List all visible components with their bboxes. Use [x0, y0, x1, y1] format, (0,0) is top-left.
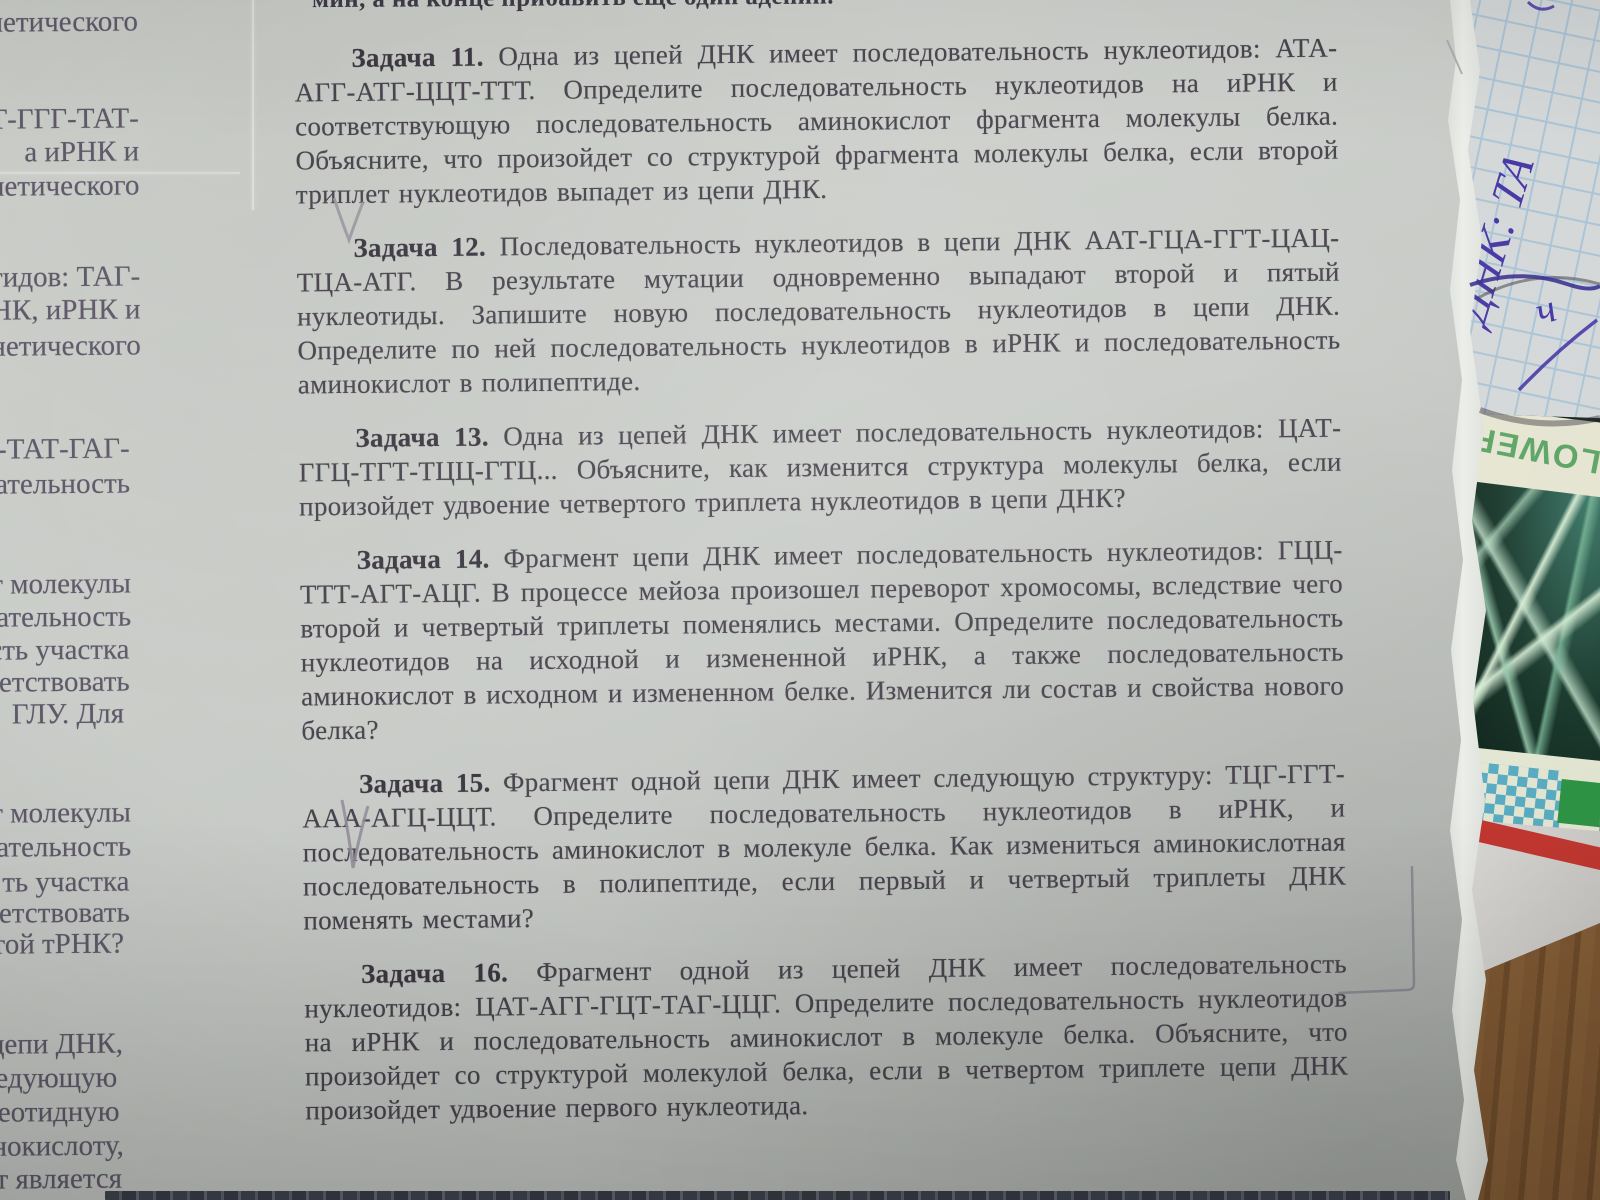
task-13-label: Задача 13.	[355, 421, 489, 452]
task-15-label: Задача 15.	[359, 767, 491, 798]
left-column-line: ательность	[0, 830, 131, 864]
task-14-label: Задача 14.	[357, 543, 490, 574]
task-16-label: Задача 16.	[361, 957, 508, 989]
task-12-label: Задача 12.	[353, 231, 486, 262]
left-column-line: вательность	[0, 467, 130, 501]
left-column-line: т молекулы	[0, 796, 131, 830]
left-column-line: ветствовать	[0, 897, 130, 931]
left-column-line: а иРНК и	[24, 135, 139, 169]
task-paragraph-13: Задача 13. Одна из цепей ДНК имеет после…	[298, 411, 1342, 524]
left-column-line: А-ТАТ-ГАГ-	[0, 432, 130, 466]
task-paragraph-15: Задача 15. Фрагмент одной цепи ДНК имеет…	[302, 757, 1347, 938]
left-column-line: сть участка	[0, 633, 130, 667]
green-block	[1557, 779, 1600, 828]
top-cutoff-line: мин, а на конце прибавить еще один адени…	[312, 0, 1212, 14]
left-column-line: тидов: ТАГ-	[0, 260, 140, 294]
left-column-line: ть участка	[2, 866, 129, 900]
document-page: мин, а на конце прибавить еще один адени…	[0, 0, 1478, 1200]
left-column-line: нетического	[0, 329, 141, 363]
left-column-line: леотидную	[0, 1096, 120, 1130]
tasks-text-block: Задача 11. Одна из цепей ДНК имеет после…	[294, 31, 1349, 1148]
photo-of-worksheet: ДНК: ТА ч FLOWERS мин, а на конце прибав…	[0, 0, 1600, 1200]
left-column-line: той тРНК?	[0, 928, 124, 962]
task-paragraph-11: Задача 11. Одна из цепей ДНК имеет после…	[294, 31, 1339, 212]
task-paragraph-12: Задача 12. Последовательность нуклеотидо…	[296, 221, 1341, 402]
left-column-cutoff-text: енетического Т-ГГГ-ТАТ- а иРНК и нетичес…	[0, 0, 148, 1200]
left-column-line: т является	[0, 1163, 122, 1197]
task-paragraph-16: Задача 16. Фрагмент одной из цепей ДНК и…	[304, 947, 1349, 1128]
left-column-line: НК, иРНК и	[0, 293, 141, 327]
left-column-line: т молекулы	[0, 567, 131, 601]
left-column-line: нокислоту,	[0, 1130, 124, 1164]
left-column-line: Т-ГГГ-ТАТ-	[0, 102, 139, 136]
paper-crease-vertical	[252, 0, 254, 210]
left-column-line: вательность	[0, 600, 131, 634]
task-paragraph-14: Задача 14. Фрагмент цепи ДНК имеет после…	[299, 533, 1344, 748]
task-11-label: Задача 11.	[351, 42, 484, 73]
left-column-line: цепи ДНК,	[0, 1028, 123, 1062]
left-column-line: ГЛУ. Для	[12, 698, 124, 732]
left-column-line: ветствовать	[0, 665, 130, 699]
left-column-line: ледующую	[0, 1062, 117, 1096]
bottom-cutoff-text-strip	[105, 1191, 1450, 1200]
cover-title: FLOWERS	[1463, 414, 1600, 487]
left-column-line: енетического	[0, 5, 138, 39]
left-column-line: нетического	[0, 169, 140, 203]
